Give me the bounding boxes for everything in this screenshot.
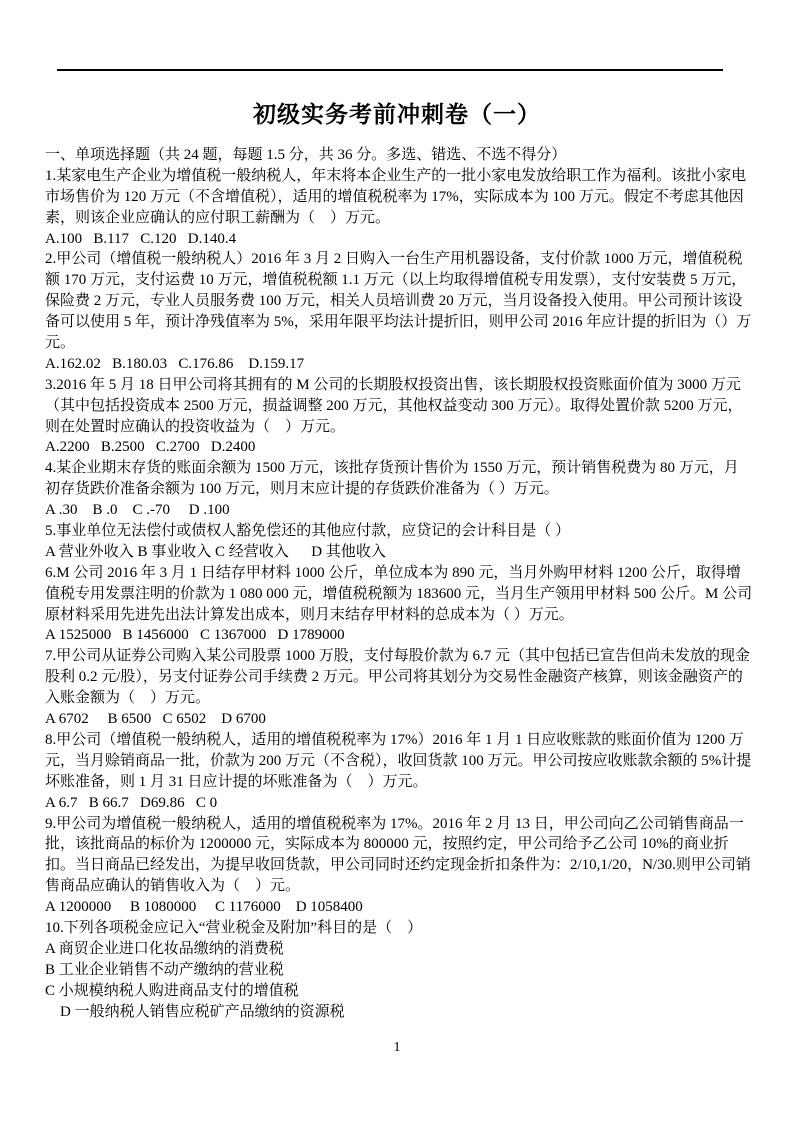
question-9-text-line-2: 批，该批商品的标价为 1200000 元，实际成本为 800000 元，按照约定… xyxy=(45,834,757,855)
question-10-option-b: B 工业企业销售不动产缴纳的营业税 xyxy=(45,960,757,981)
question-6-text-line-3: 原材料采用先进先出法计算发出成本，则月末结存甲材料的总成本为（ ）万元。 xyxy=(45,605,757,626)
question-8-options-line: A 6.7 B 66.7 D69.86 C 0 xyxy=(45,793,757,814)
question-1-text-line-2: 市场售价为 120 万元（不含增值税），适用的增值税税率为 17%，实际成本为 … xyxy=(45,187,757,208)
question-5-options-line: A 营业外收入 B 事业收入 C 经营收入 D 其他收入 xyxy=(45,542,757,563)
question-3: 3.2016 年 5 月 18 日甲公司将其拥有的 M 公司的长期股权投资出售，… xyxy=(45,375,757,459)
question-8-text-line-2: 元，当月赊销商品一批，价款为 200 万元（不含税），收回货款 100 万元。甲… xyxy=(45,751,757,772)
question-7-text-line-3: 入账金额为（ ）万元。 xyxy=(45,688,757,709)
question-9-text-line-4: 售商品应确认的销售收入为（ ）元。 xyxy=(45,876,757,897)
question-9-text-line-1: 9.甲公司为增值税一般纳税人，适用的增值税税率为 17%。2016 年 2 月 … xyxy=(45,814,757,835)
question-2: 2.甲公司（增值税一般纳税人）2016 年 3 月 2 日购入一台生产用机器设备… xyxy=(45,249,757,374)
question-2-options-line: A.162.02 B.180.03 C.176.86 D.159.17 xyxy=(45,354,757,375)
question-2-text-line-2: 额 170 万元，支付运费 10 万元，增值税税额 1.1 万元（以上均取得增值… xyxy=(45,270,757,291)
question-7-text-line-1: 7.甲公司从证券公司购入某公司股票 1000 万股，支付每股价款为 6.7 元（… xyxy=(45,646,757,667)
question-6-text-line-1: 6.M 公司 2016 年 3 月 1 日结存甲材料 1000 公斤，单位成本为… xyxy=(45,563,757,584)
question-9-text-line-3: 扣。当日商品已经发出，为提早收回货款，甲公司同时还约定现金折扣条件为：2/10,… xyxy=(45,855,757,876)
question-9: 9.甲公司为增值税一般纳税人，适用的增值税税率为 17%。2016 年 2 月 … xyxy=(45,814,757,918)
question-10-option-c: C 小规模纳税人购进商品支付的增值税 xyxy=(45,981,757,1002)
question-6: 6.M 公司 2016 年 3 月 1 日结存甲材料 1000 公斤，单位成本为… xyxy=(45,563,757,647)
question-2-text-line-5: 元。 xyxy=(45,333,757,354)
question-4-options-line: A .30 B .0 C .-70 D .100 xyxy=(45,500,757,521)
question-6-options-line: A 1525000 B 1456000 C 1367000 D 1789000 xyxy=(45,625,757,646)
header-rule xyxy=(57,69,723,71)
question-5: 5.事业单位无法偿付或债权人豁免偿还的其他应付款，应贷记的会计科目是（ ） A … xyxy=(45,521,757,563)
question-1-text-line-1: 1.某家电生产企业为增值税一般纳税人，年末将本企业生产的一批小家电发放给职工作为… xyxy=(45,166,757,187)
section-heading: 一、单项选择题（共 24 题，每题 1.5 分，共 36 分。多选、错选、不选不… xyxy=(45,145,757,166)
question-10-option-d: D 一般纳税人销售应税矿产品缴纳的资源税 xyxy=(45,1002,757,1023)
question-1: 1.某家电生产企业为增值税一般纳税人，年末将本企业生产的一批小家电发放给职工作为… xyxy=(45,166,757,250)
question-5-text-line-1: 5.事业单位无法偿付或债权人豁免偿还的其他应付款，应贷记的会计科目是（ ） xyxy=(45,521,757,542)
question-9-options-line: A 1200000 B 1080000 C 1176000 D 1058400 xyxy=(45,897,757,918)
question-6-text-line-2: 值税专用发票注明的价款为 1 080 000 元，增值税税额为 183600 元… xyxy=(45,584,757,605)
question-3-options-line: A.2200 B.2500 C.2700 D.2400 xyxy=(45,437,757,458)
question-4-text-line-2: 初存货跌价准备余额为 100 万元，则月末应计提的存货跌价准备为（ ）万元。 xyxy=(45,479,757,500)
question-2-text-line-1: 2.甲公司（增值税一般纳税人）2016 年 3 月 2 日购入一台生产用机器设备… xyxy=(45,249,757,270)
question-2-text-line-4: 备可以使用 5 年，预计净残值率为 5%，采用年限平均法计提折旧，则甲公司 20… xyxy=(45,312,757,333)
page-footer: 1 xyxy=(0,1040,794,1056)
question-1-options-line: A.100 B.117 C.120 D.140.4 xyxy=(45,229,757,250)
question-8-text-line-3: 坏账准备，则 1 月 31 日应计提的坏账准备为（ ）万元。 xyxy=(45,772,757,793)
question-8: 8.甲公司（增值税一般纳税人，适用的增值税税率为 17%）2016 年 1 月 … xyxy=(45,730,757,814)
page-number: 1 xyxy=(394,1040,401,1055)
question-10-option-a: A 商贸企业进口化妆品缴纳的消费税 xyxy=(45,939,757,960)
question-4: 4.某企业期末存货的账面余额为 1500 万元，该批存货预计售价为 1550 万… xyxy=(45,458,757,521)
page-title: 初级实务考前冲刺卷（一） xyxy=(0,96,794,129)
question-4-text-line-1: 4.某企业期末存货的账面余额为 1500 万元，该批存货预计售价为 1550 万… xyxy=(45,458,757,479)
question-7: 7.甲公司从证券公司购入某公司股票 1000 万股，支付每股价款为 6.7 元（… xyxy=(45,646,757,730)
question-3-text-line-2: （其中包括投资成本 2500 万元，损益调整 200 万元，其他权益变动 300… xyxy=(45,396,757,417)
document-body: 一、单项选择题（共 24 题，每题 1.5 分，共 36 分。多选、错选、不选不… xyxy=(45,145,757,1022)
question-7-options-line: A 6702 B 6500 C 6502 D 6700 xyxy=(45,709,757,730)
question-10-text-line-1: 10.下列各项税金应记入“营业税金及附加”科目的是（ ） xyxy=(45,918,757,939)
question-3-text-line-3: 则在处置时应确认的投资收益为（ ）万元。 xyxy=(45,417,757,438)
question-2-text-line-3: 保险费 2 万元，专业人员服务费 100 万元，相关人员培训费 20 万元，当月… xyxy=(45,291,757,312)
question-8-text-line-1: 8.甲公司（增值税一般纳税人，适用的增值税税率为 17%）2016 年 1 月 … xyxy=(45,730,757,751)
question-1-text-line-3: 素，则该企业应确认的应付职工薪酬为（ ）万元。 xyxy=(45,208,757,229)
question-7-text-line-2: 股利 0.2 元/股），另支付证券公司手续费 2 万元。甲公司将其划分为交易性金… xyxy=(45,667,757,688)
question-3-text-line-1: 3.2016 年 5 月 18 日甲公司将其拥有的 M 公司的长期股权投资出售，… xyxy=(45,375,757,396)
question-10: 10.下列各项税金应记入“营业税金及附加”科目的是（ ） A 商贸企业进口化妆品… xyxy=(45,918,757,1022)
document-page: 初级实务考前冲刺卷（一） 一、单项选择题（共 24 题，每题 1.5 分，共 3… xyxy=(0,0,794,1123)
